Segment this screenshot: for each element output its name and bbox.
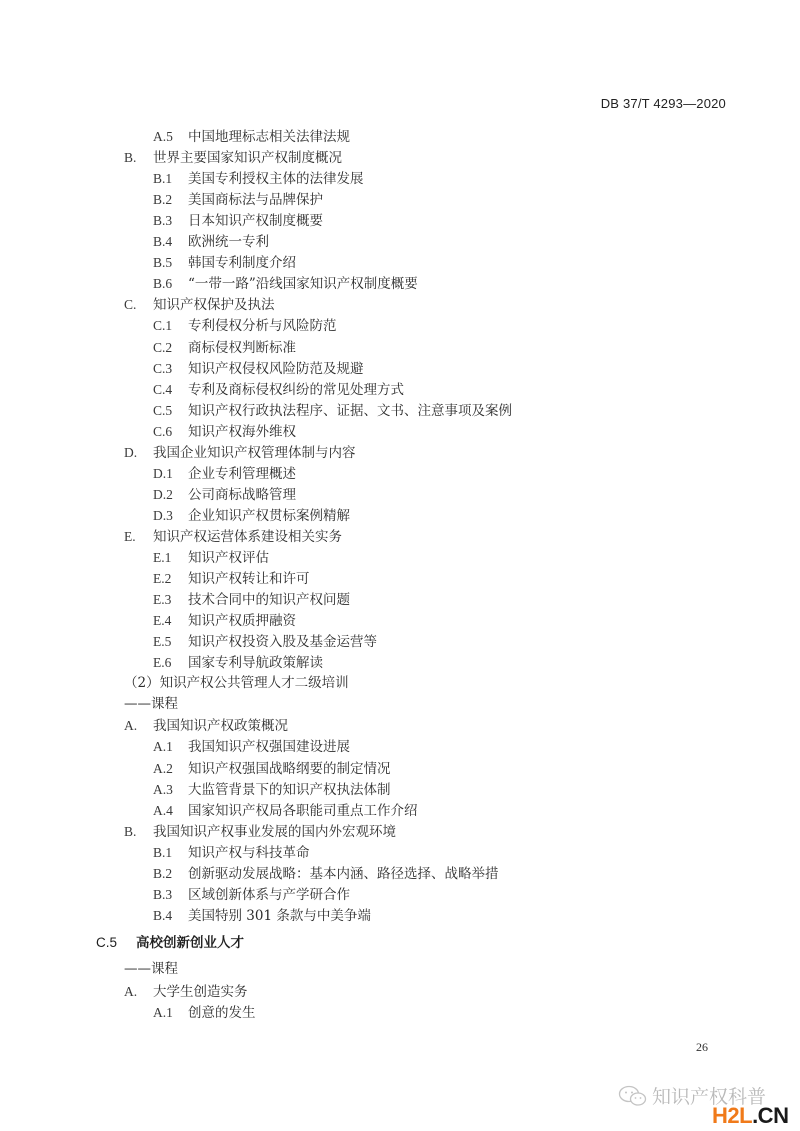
item-number: A.4 <box>153 800 188 821</box>
item-number: B.1 <box>153 842 188 863</box>
item-number: B.2 <box>153 863 188 884</box>
item-number: C.6 <box>153 421 188 442</box>
outline-item: D.3企业知识产权贯标案例精解 <box>153 505 350 526</box>
outline-text: ——课程 <box>124 694 178 715</box>
item-text: 美国特别 301 条款与中美争端 <box>188 908 371 924</box>
item-text: 我国企业知识产权管理体制与内容 <box>153 445 356 461</box>
item-text: ——课程 <box>124 961 178 977</box>
item-text: 公司商标战略管理 <box>188 487 296 503</box>
item-number: B.2 <box>153 189 188 210</box>
item-number: B.3 <box>153 884 188 905</box>
item-number: A. <box>124 981 153 1002</box>
outline-item: A.5中国地理标志相关法律法规 <box>153 126 350 147</box>
site-logo: H2L.CN <box>712 1103 788 1129</box>
outline-item: B.6“一带一路”沿线国家知识产权制度概要 <box>153 273 418 294</box>
outline-heading: C.知识产权保护及执法 <box>124 294 275 315</box>
outline-item: B.4美国特别 301 条款与中美争端 <box>153 905 371 926</box>
item-number: C.3 <box>153 358 188 379</box>
item-number: C.4 <box>153 379 188 400</box>
item-text: 欧洲统一专利 <box>188 234 269 250</box>
item-number: E.2 <box>153 568 188 589</box>
item-text: 商标侵权判断标准 <box>188 340 296 356</box>
item-text: 知识产权行政执法程序、证据、文书、注意事项及案例 <box>188 403 512 419</box>
outline-item: B.2美国商标法与品牌保护 <box>153 189 323 210</box>
item-text: 我国知识产权政策概况 <box>153 718 288 734</box>
item-text: 知识产权海外维权 <box>188 424 296 440</box>
item-text: 韩国专利制度介绍 <box>188 255 296 271</box>
item-text: 企业知识产权贯标案例精解 <box>188 508 350 524</box>
outline-item: E.3技术合同中的知识产权问题 <box>153 589 350 610</box>
outline-item: A.1创意的发生 <box>153 1002 256 1023</box>
item-text: 日本知识产权制度概要 <box>188 213 323 229</box>
item-text: 知识产权评估 <box>188 550 269 566</box>
item-number: B. <box>124 147 153 168</box>
item-number: A.1 <box>153 736 188 757</box>
outline-item: C.1专利侵权分析与风险防范 <box>153 315 337 336</box>
item-text: 我国知识产权强国建设进展 <box>188 739 350 755</box>
item-number: C.2 <box>153 337 188 358</box>
outline-heading: A.我国知识产权政策概况 <box>124 715 288 736</box>
item-text: 专利及商标侵权纠纷的常见处理方式 <box>188 382 404 398</box>
item-text: 区域创新体系与产学研合作 <box>188 887 350 903</box>
outline-item: E.2知识产权转让和许可 <box>153 568 310 589</box>
item-text: 知识产权运营体系建设相关实务 <box>153 529 342 545</box>
item-number: E.3 <box>153 589 188 610</box>
item-number: B.1 <box>153 168 188 189</box>
item-number: D.1 <box>153 463 188 484</box>
item-text: 创新驱动发展战略：基本内涵、路径选择、战略举措 <box>188 866 499 882</box>
outline-heading: B.我国知识产权事业发展的国内外宏观环境 <box>124 821 396 842</box>
section-heading: C.5高校创新创业人才 <box>96 932 244 954</box>
outline-item: A.1我国知识产权强国建设进展 <box>153 736 350 757</box>
item-number: E. <box>124 526 153 547</box>
item-number: E.1 <box>153 547 188 568</box>
item-number: D.3 <box>153 505 188 526</box>
outline-item: B.5韩国专利制度介绍 <box>153 252 296 273</box>
item-text: 知识产权转让和许可 <box>188 571 310 587</box>
item-text: 大学生创造实务 <box>153 984 248 1000</box>
outline-item: C.5知识产权行政执法程序、证据、文书、注意事项及案例 <box>153 400 512 421</box>
outline-heading: D.我国企业知识产权管理体制与内容 <box>124 442 356 463</box>
item-number: B.3 <box>153 210 188 231</box>
item-text: 大监管背景下的知识产权执法体制 <box>188 782 391 798</box>
outline-item: B.1美国专利授权主体的法律发展 <box>153 168 364 189</box>
outline-item: B.2创新驱动发展战略：基本内涵、路径选择、战略举措 <box>153 863 499 884</box>
item-text: （2）知识产权公共管理人才二级培训 <box>124 675 349 691</box>
outline-item: C.2商标侵权判断标准 <box>153 337 296 358</box>
outline-item: A.2知识产权强国战略纲要的制定情况 <box>153 758 391 779</box>
item-text: 知识产权质押融资 <box>188 613 296 629</box>
site-logo-tld: .CN <box>752 1103 788 1128</box>
item-number: E.5 <box>153 631 188 652</box>
item-text: 技术合同中的知识产权问题 <box>188 592 350 608</box>
outline-item: D.1企业专利管理概述 <box>153 463 296 484</box>
outline-item: C.4专利及商标侵权纠纷的常见处理方式 <box>153 379 404 400</box>
outline-item: C.6知识产权海外维权 <box>153 421 296 442</box>
item-number: B. <box>124 821 153 842</box>
site-logo-main: H2L <box>712 1103 752 1128</box>
item-text: 我国知识产权事业发展的国内外宏观环境 <box>153 824 396 840</box>
outline-text: ——课程 <box>124 959 178 980</box>
item-text: 知识产权保护及执法 <box>153 297 275 313</box>
outline-item: E.4知识产权质押融资 <box>153 610 296 631</box>
item-text: 中国地理标志相关法律法规 <box>188 129 350 145</box>
outline-item: C.3知识产权侵权风险防范及规避 <box>153 358 364 379</box>
outline-heading: E.知识产权运营体系建设相关实务 <box>124 526 342 547</box>
item-number: E.6 <box>153 652 188 673</box>
item-text: 世界主要国家知识产权制度概况 <box>153 150 342 166</box>
page-number: 26 <box>696 1040 708 1055</box>
item-number: A. <box>124 715 153 736</box>
outline-item: B.3区域创新体系与产学研合作 <box>153 884 350 905</box>
item-number: B.6 <box>153 273 188 294</box>
item-text: 创意的发生 <box>188 1005 256 1021</box>
item-number: D.2 <box>153 484 188 505</box>
outline-item: E.5知识产权投资入股及基金运营等 <box>153 631 377 652</box>
item-number: A.1 <box>153 1002 188 1023</box>
item-number: A.5 <box>153 126 188 147</box>
outline-item: B.4欧洲统一专利 <box>153 231 269 252</box>
item-text: 专利侵权分析与风险防范 <box>188 318 337 334</box>
standard-code-header: DB 37/T 4293—2020 <box>601 96 726 111</box>
item-text: 美国商标法与品牌保护 <box>188 192 323 208</box>
item-text: 知识产权强国战略纲要的制定情况 <box>188 761 391 777</box>
outline-item: D.2公司商标战略管理 <box>153 484 296 505</box>
wechat-icon <box>618 1085 648 1107</box>
outline-item: B.1知识产权与科技革命 <box>153 842 310 863</box>
item-text: 企业专利管理概述 <box>188 466 296 482</box>
item-number: C. <box>124 294 153 315</box>
outline-item: B.3日本知识产权制度概要 <box>153 210 323 231</box>
item-text: ——课程 <box>124 696 178 712</box>
item-number: C.1 <box>153 315 188 336</box>
item-text: “一带一路”沿线国家知识产权制度概要 <box>188 276 418 292</box>
outline-text: （2）知识产权公共管理人才二级培训 <box>124 673 349 694</box>
item-number: C.5 <box>153 400 188 421</box>
outline-item: E.6国家专利导航政策解读 <box>153 652 323 673</box>
item-number: B.5 <box>153 252 188 273</box>
item-number: B.4 <box>153 905 188 926</box>
outline-heading: A.大学生创造实务 <box>124 981 248 1002</box>
item-text: 美国专利授权主体的法律发展 <box>188 171 364 187</box>
outline-item: E.1知识产权评估 <box>153 547 269 568</box>
item-text: 知识产权投资入股及基金运营等 <box>188 634 377 650</box>
outline-item: A.3大监管背景下的知识产权执法体制 <box>153 779 391 800</box>
item-text: 知识产权侵权风险防范及规避 <box>188 361 364 377</box>
item-number: A.3 <box>153 779 188 800</box>
section-number: C.5 <box>96 932 136 953</box>
item-text: 知识产权与科技革命 <box>188 845 310 861</box>
item-number: B.4 <box>153 231 188 252</box>
item-number: A.2 <box>153 758 188 779</box>
outline-item: A.4国家知识产权局各职能司重点工作介绍 <box>153 800 418 821</box>
item-number: D. <box>124 442 153 463</box>
item-text: 国家专利导航政策解读 <box>188 655 323 671</box>
outline-heading: B.世界主要国家知识产权制度概况 <box>124 147 342 168</box>
section-title: 高校创新创业人才 <box>136 935 244 951</box>
item-number: E.4 <box>153 610 188 631</box>
item-text: 国家知识产权局各职能司重点工作介绍 <box>188 803 418 819</box>
